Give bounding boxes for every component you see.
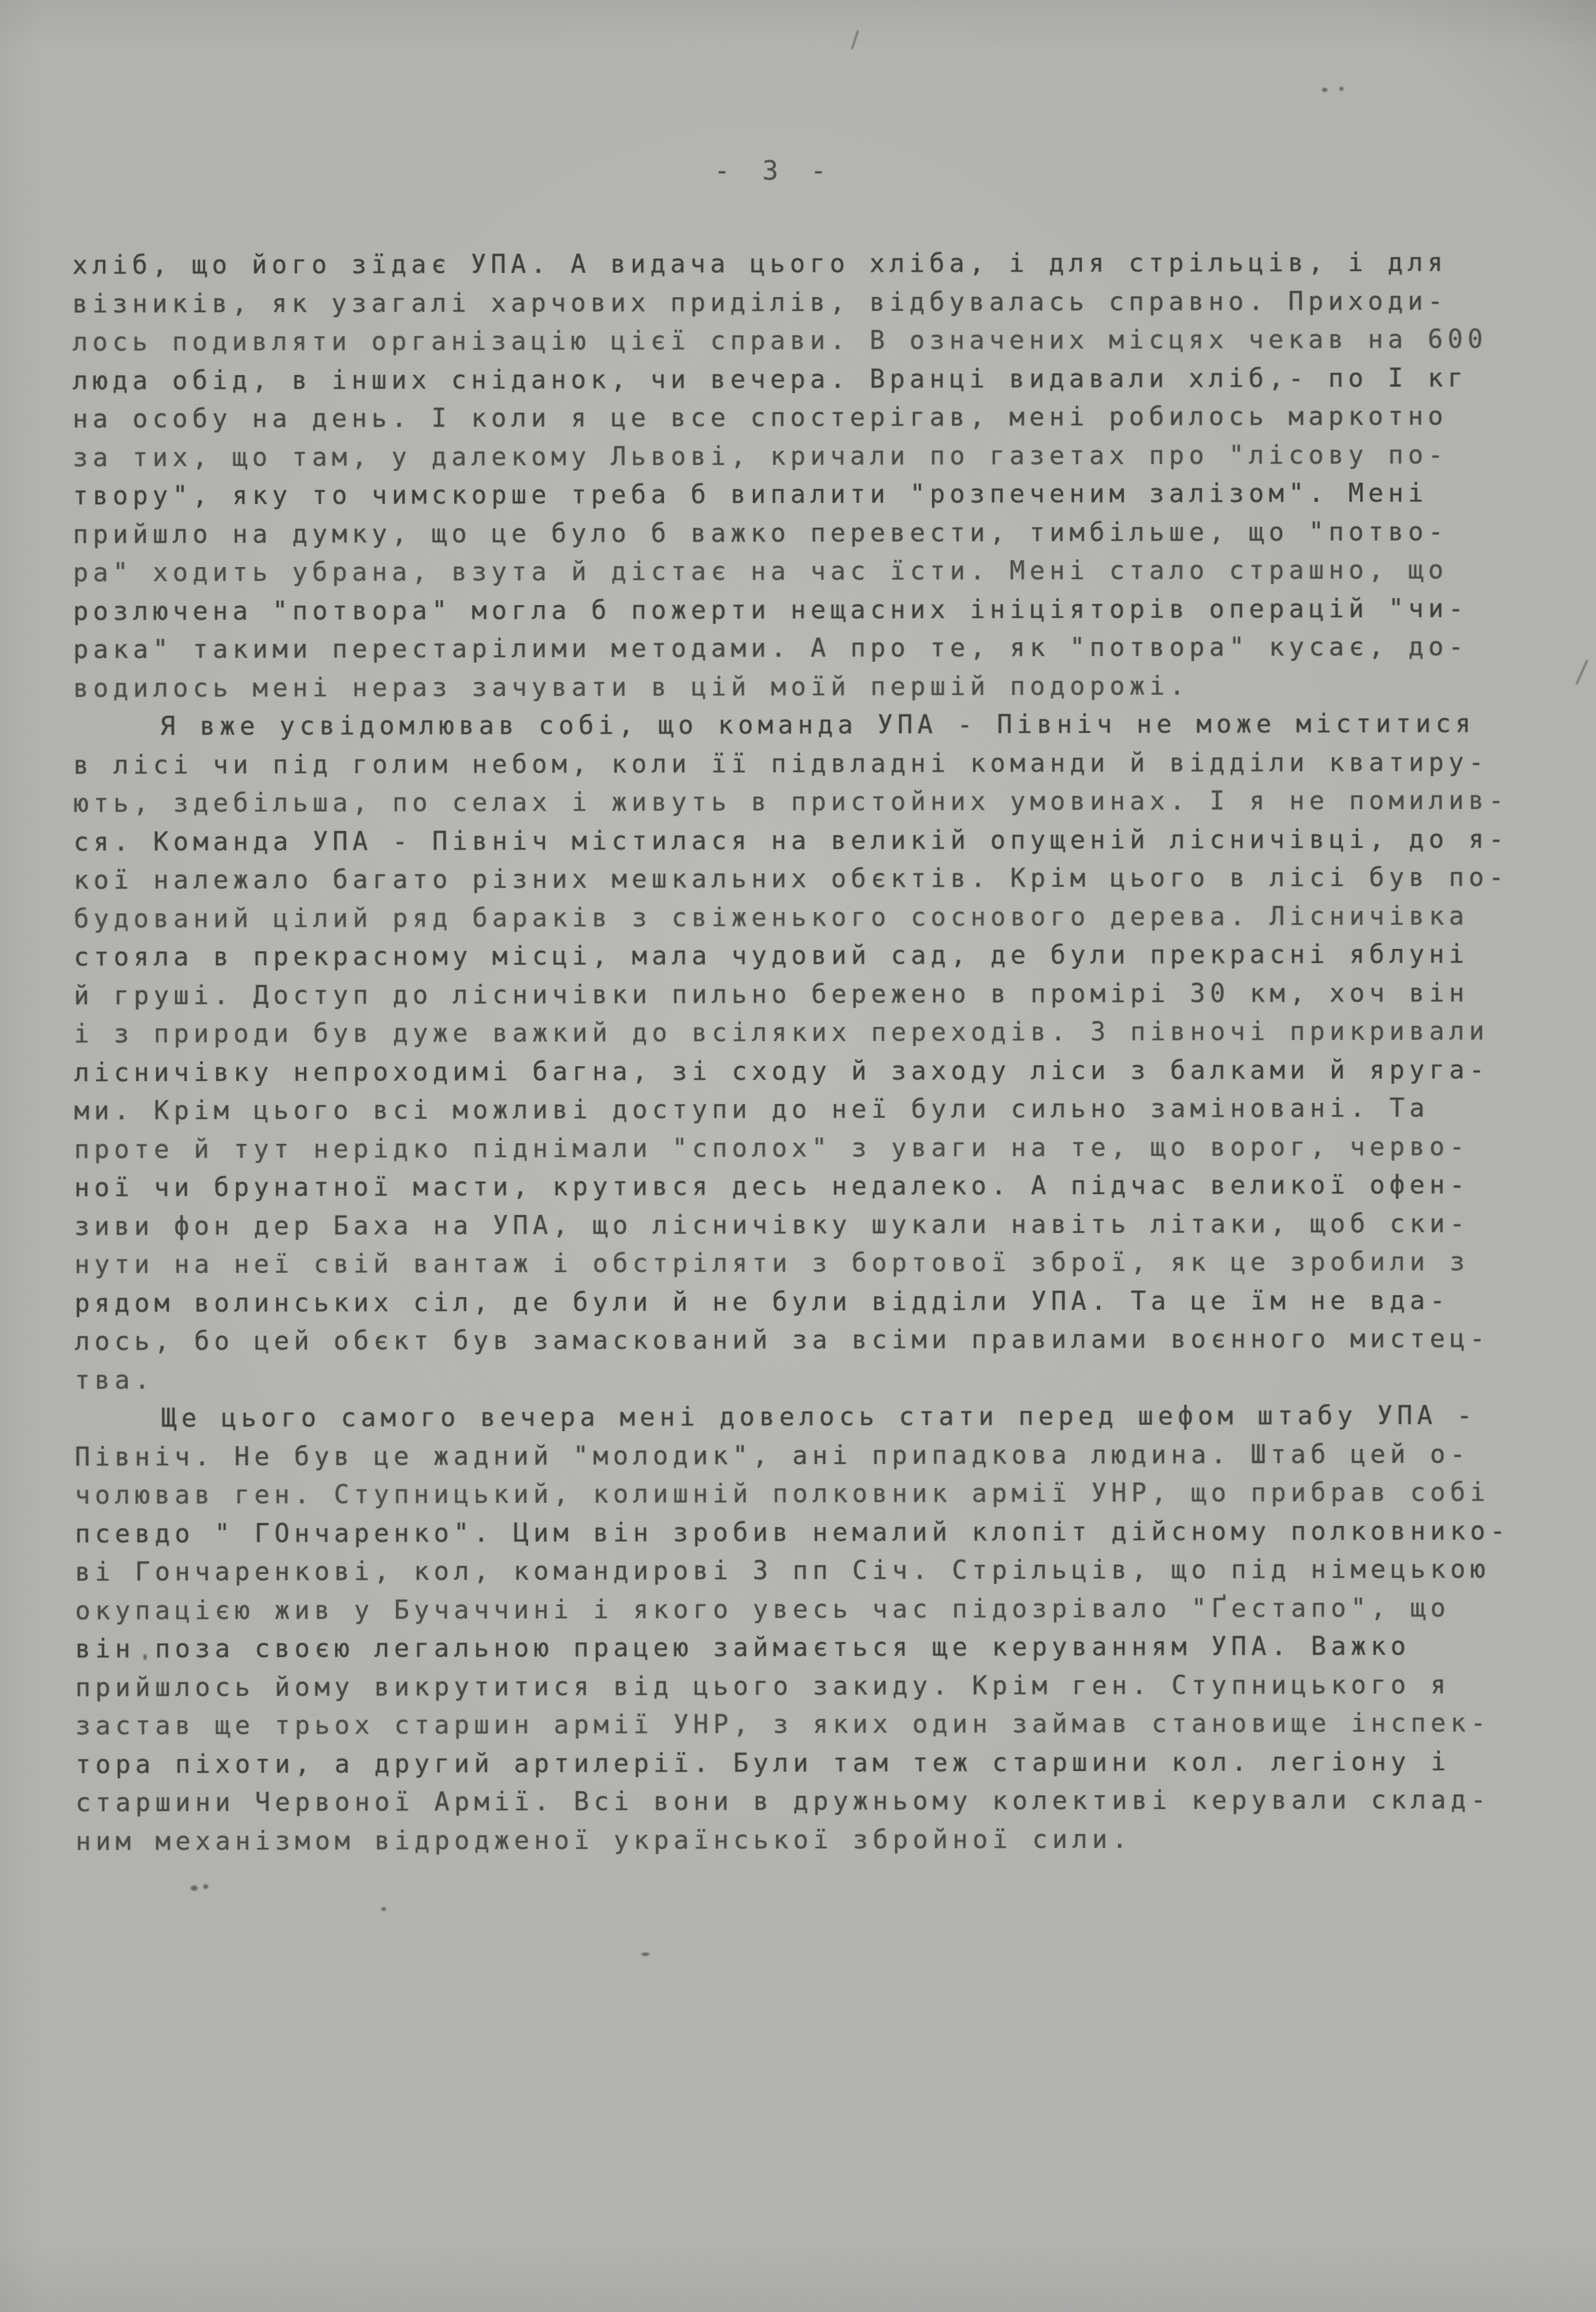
text-line: й груші. Доступ до лісничівки пильно бер… <box>74 974 1553 1016</box>
text-line: ють, здебільша, по селах і живуть в прис… <box>73 781 1553 823</box>
page-number: - 3 - <box>693 155 855 186</box>
text-line: застав ще трьох старшин армії УНР, з яки… <box>75 1704 1554 1746</box>
pen-stroke-mark <box>851 30 859 49</box>
text-line: ним механізмом відродженої української з… <box>76 1820 1555 1861</box>
text-line: Ще цього самого вечера мені довелось ста… <box>75 1396 1554 1438</box>
text-line: рака" такими перестарілими методами. А п… <box>73 628 1552 669</box>
text-line: зиви фон дер Баха на УПА, що лісничівку … <box>75 1205 1554 1246</box>
paragraph: хліб, що його зїдає УПА. А видача цього … <box>72 243 1553 707</box>
text-line: ми. Крім цього всі можливі доступи до не… <box>74 1089 1553 1131</box>
text-line: візників, як узагалі харчових приділів, … <box>72 282 1552 324</box>
scanned-page: - 3 - хліб, що його зїдає УПА. А видача … <box>0 0 1596 2312</box>
text-line: проте й тут нерідко піднімали "сполох" з… <box>74 1128 1553 1169</box>
paper-speck <box>1322 88 1327 92</box>
text-line: твору", яку то чимскорше треба б випалит… <box>73 474 1552 516</box>
text-line: псевдо " ГОнчаренко". Цим він зробив нем… <box>75 1512 1554 1554</box>
text-line: люда обід, в інших сніданок, чи вечера. … <box>72 359 1552 401</box>
text-line: ра" ходить убрана, взута й дістає на час… <box>73 551 1552 592</box>
text-line: за тих, що там, у далекому Львові, крича… <box>73 436 1552 477</box>
text-line: на особу на день. І коли я це все спосте… <box>73 397 1552 439</box>
text-line: будований цілий ряд бараків з свіженьког… <box>73 897 1553 939</box>
text-line: чолював ген. Ступницький, колишній полко… <box>75 1473 1554 1515</box>
text-line: окупацією жив у Бучаччині і якого увесь … <box>75 1589 1554 1631</box>
text-line: ві Гончаренкові, кол, командирові 3 пп С… <box>75 1550 1554 1592</box>
paper-speck <box>191 1885 198 1891</box>
paper-speck <box>1339 87 1343 91</box>
text-line: нути на неї свій вантаж і обстріляти з б… <box>75 1243 1554 1284</box>
text-line: тора піхоти, а другий артилерії. Були та… <box>76 1743 1555 1784</box>
paragraph: Ще цього самого вечера мені довелось ста… <box>75 1396 1555 1861</box>
text-line: лісничівку непроходимі багна, зі сходу й… <box>74 1051 1553 1092</box>
text-line: рядом волинських сіл, де були й не були … <box>75 1281 1554 1323</box>
text-line: ної чи брунатної масти, крутився десь не… <box>74 1166 1553 1207</box>
text-line: лось подивляти організацію цієї справи. … <box>72 320 1552 362</box>
text-line: ся. Команда УПА - Північ містилася на ве… <box>73 820 1553 862</box>
text-line: стояла в прекрасному місці, мала чудовий… <box>74 935 1553 977</box>
text-block: хліб, що його зїдає УПА. А видача цього … <box>72 243 1555 1861</box>
paper-speck <box>381 1907 386 1911</box>
text-line: водилось мені нераз зачувати в цій моїй … <box>73 666 1553 708</box>
paper-speck <box>203 1884 208 1889</box>
text-line: старшини Червоної Армії. Всі вони в друж… <box>76 1781 1555 1822</box>
text-line: він поза своєю легальною працею займаєть… <box>75 1627 1554 1669</box>
text-line: Я вже усвідомлював собі, що команда УПА … <box>73 705 1553 746</box>
pen-stroke-mark <box>1576 659 1588 684</box>
text-line: прийшлось йому викрутитися від цього зак… <box>75 1666 1554 1707</box>
page-fold-shadow <box>1296 0 1596 243</box>
text-line: Північ. Не був це жадний "молодик", ані … <box>75 1435 1554 1477</box>
text-line: розлючена "потвора" могла б пожерти неща… <box>73 590 1552 631</box>
text-line: хліб, що його зїдає УПА. А видача цього … <box>72 243 1552 285</box>
text-line: прийшло на думку, що це було б важко пер… <box>73 513 1552 554</box>
text-line: тва. <box>75 1358 1554 1400</box>
paper-speck <box>641 1952 649 1956</box>
text-line: в лісі чи під голим небом, коли її підвл… <box>73 743 1553 785</box>
text-line: і з природи був дуже важкий до всіляких … <box>74 1012 1553 1054</box>
text-line: лось, бо цей обєкт був замаскований за в… <box>75 1320 1554 1361</box>
text-line: кої належало багато різних мешкальних об… <box>73 858 1553 900</box>
paragraph: Я вже усвідомлював собі, що команда УПА … <box>73 705 1554 1399</box>
